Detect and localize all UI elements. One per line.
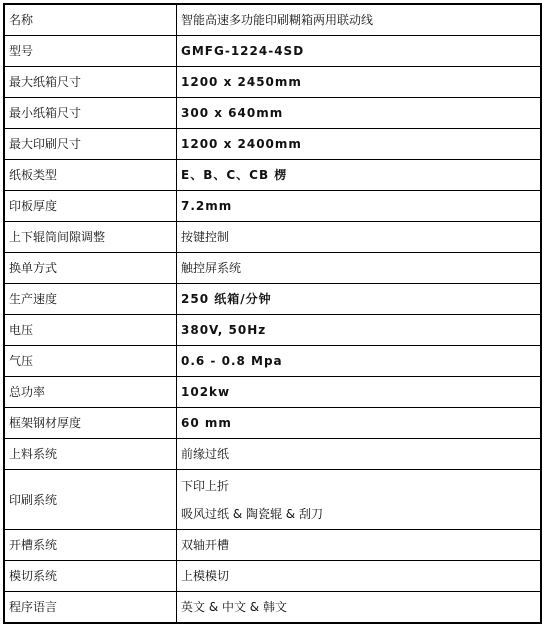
table-row: 上下辊筒间隙调整 按键控制 <box>4 222 541 253</box>
row-label-model: 型号 <box>4 36 177 67</box>
table-row: 最大印刷尺寸 1200 x 2400mm <box>4 129 541 160</box>
row-value-total-power: 102kw <box>177 377 542 408</box>
table-row: 模切系统 上模模切 <box>4 561 541 592</box>
table-row: 印刷系统 下印上折 吸风过纸 & 陶瓷辊 & 刮刀 <box>4 470 541 530</box>
row-value-printing-system: 下印上折 吸风过纸 & 陶瓷辊 & 刮刀 <box>177 470 542 530</box>
row-label-printing-system: 印刷系统 <box>4 470 177 530</box>
row-value-roller-gap: 按键控制 <box>177 222 542 253</box>
table-row: 印板厚度 7.2mm <box>4 191 541 222</box>
row-label-order-change: 换单方式 <box>4 253 177 284</box>
row-value-max-print-size: 1200 x 2400mm <box>177 129 542 160</box>
printing-system-line-1: 下印上折 <box>181 479 540 493</box>
table-row: 纸板类型 E、B、C、CB 楞 <box>4 160 541 191</box>
table-row: 上料系统 前缘过纸 <box>4 439 541 470</box>
row-label-air-pressure: 气压 <box>4 346 177 377</box>
row-value-frame-thickness: 60 mm <box>177 408 542 439</box>
printing-system-line-2: 吸风过纸 & 陶瓷辊 & 刮刀 <box>181 507 540 521</box>
table-row: 框架钢材厚度 60 mm <box>4 408 541 439</box>
table-row: 气压 0.6 - 0.8 Mpa <box>4 346 541 377</box>
row-label-plate-thickness: 印板厚度 <box>4 191 177 222</box>
row-value-slotting-system: 双轴开槽 <box>177 530 542 561</box>
row-value-plate-thickness: 7.2mm <box>177 191 542 222</box>
row-value-board-type: E、B、C、CB 楞 <box>177 160 542 191</box>
table-row: 型号 GMFG-1224-4SD <box>4 36 541 67</box>
row-label-board-type: 纸板类型 <box>4 160 177 191</box>
row-value-voltage: 380V, 50Hz <box>177 315 542 346</box>
row-value-max-box-size: 1200 x 2450mm <box>177 67 542 98</box>
row-label-total-power: 总功率 <box>4 377 177 408</box>
table-row: 最小纸箱尺寸 300 x 640mm <box>4 98 541 129</box>
row-value-name: 智能高速多功能印刷糊箱两用联动线 <box>177 4 542 36</box>
row-label-roller-gap: 上下辊筒间隙调整 <box>4 222 177 253</box>
table-row: 名称 智能高速多功能印刷糊箱两用联动线 <box>4 4 541 36</box>
row-label-speed: 生产速度 <box>4 284 177 315</box>
row-label-feeding-system: 上料系统 <box>4 439 177 470</box>
table-row: 换单方式 触控屏系统 <box>4 253 541 284</box>
spec-table: 名称 智能高速多功能印刷糊箱两用联动线 型号 GMFG-1224-4SD 最大纸… <box>3 3 542 624</box>
table-row: 开槽系统 双轴开槽 <box>4 530 541 561</box>
table-row: 总功率 102kw <box>4 377 541 408</box>
table-row: 电压 380V, 50Hz <box>4 315 541 346</box>
row-value-order-change: 触控屏系统 <box>177 253 542 284</box>
row-value-program-language: 英文 & 中文 & 韩文 <box>177 592 542 624</box>
row-label-frame-thickness: 框架钢材厚度 <box>4 408 177 439</box>
row-label-die-cut-system: 模切系统 <box>4 561 177 592</box>
row-value-die-cut-system: 上模模切 <box>177 561 542 592</box>
row-value-min-box-size: 300 x 640mm <box>177 98 542 129</box>
row-value-feeding-system: 前缘过纸 <box>177 439 542 470</box>
row-value-model: GMFG-1224-4SD <box>177 36 542 67</box>
table-row: 程序语言 英文 & 中文 & 韩文 <box>4 592 541 624</box>
row-value-speed: 250 纸箱/分钟 <box>177 284 542 315</box>
row-label-slotting-system: 开槽系统 <box>4 530 177 561</box>
row-label-program-language: 程序语言 <box>4 592 177 624</box>
row-label-voltage: 电压 <box>4 315 177 346</box>
table-row: 生产速度 250 纸箱/分钟 <box>4 284 541 315</box>
row-label-max-box-size: 最大纸箱尺寸 <box>4 67 177 98</box>
row-label-min-box-size: 最小纸箱尺寸 <box>4 98 177 129</box>
row-label-name: 名称 <box>4 4 177 36</box>
row-label-max-print-size: 最大印刷尺寸 <box>4 129 177 160</box>
row-value-air-pressure: 0.6 - 0.8 Mpa <box>177 346 542 377</box>
table-row: 最大纸箱尺寸 1200 x 2450mm <box>4 67 541 98</box>
